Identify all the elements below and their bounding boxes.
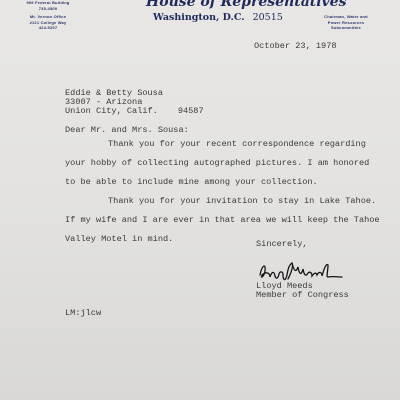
signature-block: Lloyd Meeds Member of Congress [256,282,349,300]
body-line: to be able to include mine among your co… [65,178,369,197]
closing: Sincerely, [256,240,308,249]
body-line: Thank you for your recent correspondence… [65,140,369,159]
letterhead-city-name: Washington, D.C. [153,12,245,23]
body-line: your hobby of collecting autographed pic… [65,159,369,178]
committee-line: Subcommittee [308,25,384,31]
body-line: Thank you for your invitation to stay in… [65,197,380,216]
salutation: Dear Mr. and Mrs. Sousa: [65,126,189,135]
recipient-city: Union City, Calif. [65,106,158,116]
reference-initials: LM:jlcw [65,309,101,318]
letterhead-title: House of Representatives [146,0,346,10]
letter-page: 909 Federal Building 735-4500 Mt. Vernon… [0,0,400,400]
letterhead-city: Washington, D.C.20515 [153,12,283,23]
office-line: 424-5207 [14,25,82,31]
signer-title: Member of Congress [256,291,349,300]
recipient-city-line: Union City, Calif.94587 [65,107,204,116]
body-paragraph-1: Thank you for your recent correspondence… [65,140,369,197]
letterhead-committee: Chairman, Water and Power Resources Subc… [308,14,384,31]
recipient-zip: 94587 [178,106,204,116]
letter-date: October 23, 1978 [254,42,337,51]
letterhead-district-offices: 909 Federal Building 735-4500 Mt. Vernon… [14,0,82,31]
body-line: If my wife and I are ever in that area w… [65,216,380,235]
body-line: Valley Motel in mind. [65,235,380,254]
body-paragraph-2: Thank you for your invitation to stay in… [65,197,380,254]
recipient-address: Eddie & Betty Sousa 33007 - Arizona Unio… [65,89,204,116]
letterhead-zip: 20515 [253,12,283,23]
